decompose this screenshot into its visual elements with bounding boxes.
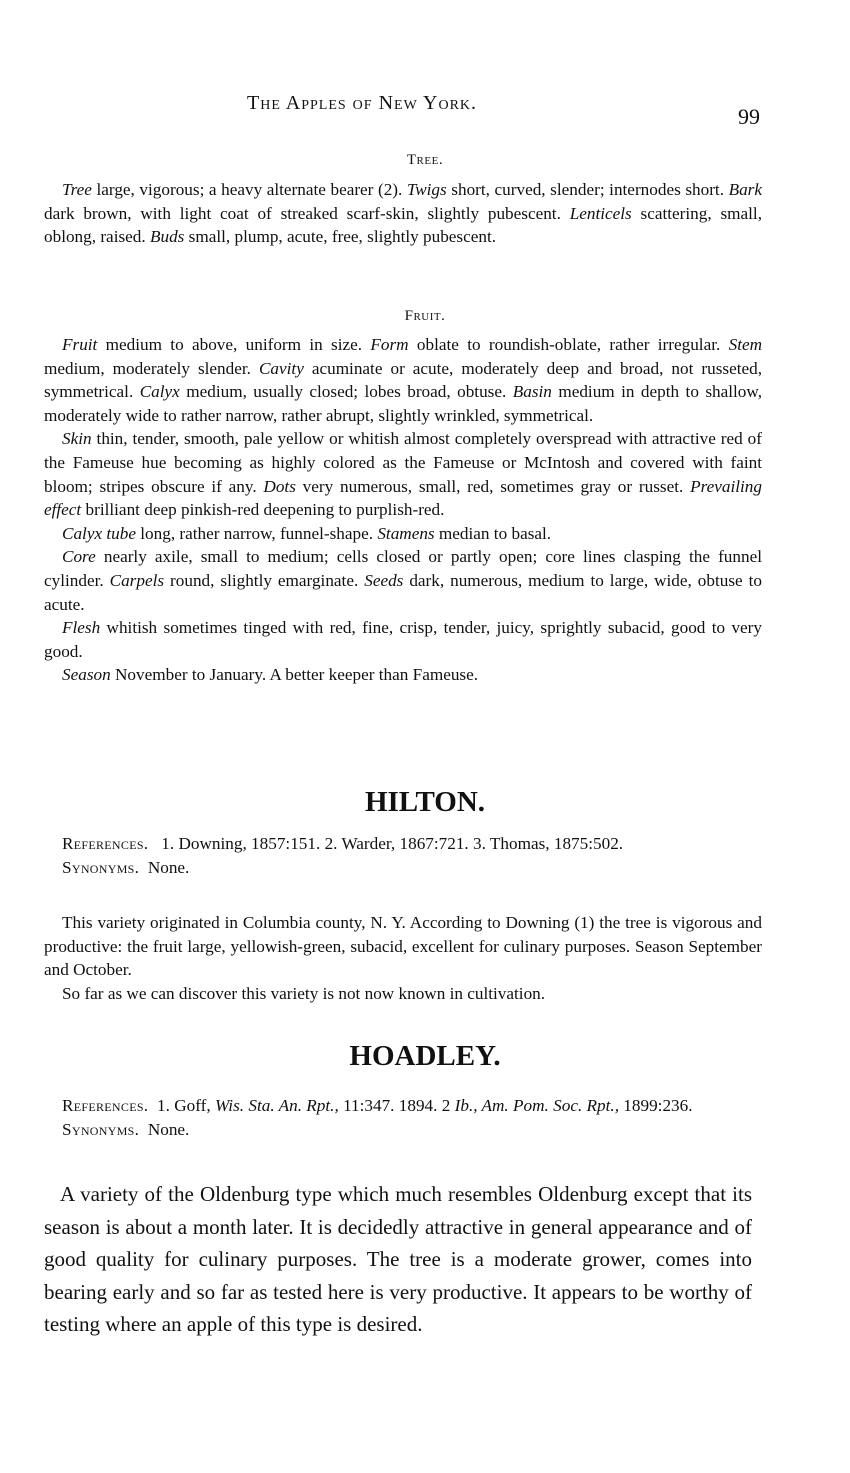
descriptor-term: Stem [729, 335, 762, 354]
hoadley-references: References. 1. Goff, Wis. Sta. An. Rpt.,… [44, 1094, 762, 1141]
variety-title-hoadley: HOADLEY. [0, 1040, 850, 1073]
descriptor-term: Calyx tube [62, 524, 136, 543]
descriptor-term: Fruit [62, 335, 97, 354]
descriptor-term: Tree [62, 180, 92, 199]
descriptor-term: Buds [150, 227, 184, 246]
running-head-text: The Apples of New York. [247, 92, 477, 115]
descriptor-term: Lenticels [570, 204, 632, 223]
references-line: References. 1. Goff, Wis. Sta. An. Rpt.,… [44, 1094, 762, 1118]
descriptor-term: Stamens [377, 524, 434, 543]
variety-title-hilton: HILTON. [0, 786, 850, 819]
fruit-paragraph: Skin thin, tender, smooth, pale yellow o… [44, 427, 762, 521]
synonyms-text: None. [148, 1120, 190, 1139]
references-label: References. [62, 1096, 148, 1115]
descriptor-term: Bark [729, 180, 762, 199]
descriptor-term: Calyx [140, 382, 180, 401]
hilton-paragraph: So far as we can discover this variety i… [44, 982, 762, 1006]
synonyms-label: Synonyms. [62, 1120, 139, 1139]
publication-title: Wis. Sta. An. Rpt., [215, 1096, 339, 1115]
tree-description: Tree large, vigorous; a heavy alternate … [44, 178, 762, 249]
descriptor-term: Cavity [259, 359, 304, 378]
descriptor-term: Carpels [110, 571, 164, 590]
section-heading-fruit: Fruit. [0, 308, 850, 325]
publication-title: Ib., Am. Pom. Soc. Rpt., [455, 1096, 619, 1115]
descriptor-term: Skin [62, 429, 92, 448]
fruit-paragraph: Flesh whitish sometimes tinged with red,… [44, 616, 762, 663]
descriptor-term: Season [62, 665, 111, 684]
synonyms-line: Synonyms. None. [44, 856, 762, 880]
synonyms-label: Synonyms. [62, 858, 139, 877]
hoadley-body: A variety of the Oldenburg type which mu… [44, 1178, 752, 1341]
descriptor-term: Prevailing effect [44, 477, 762, 520]
references-text: 1. Downing, 1857:151. 2. Warder, 1867:72… [161, 834, 623, 853]
fruit-paragraph: Fruit medium to above, uniform in size. … [44, 333, 762, 427]
synonyms-text: None. [148, 858, 190, 877]
hoadley-paragraph: A variety of the Oldenburg type which mu… [44, 1178, 752, 1341]
hilton-paragraph: This variety originated in Columbia coun… [44, 911, 762, 982]
fruit-paragraph: Core nearly axile, small to medium; cell… [44, 545, 762, 616]
hilton-references: References. 1. Downing, 1857:151. 2. War… [44, 832, 762, 879]
descriptor-term: Flesh [62, 618, 100, 637]
descriptor-term: Core [62, 547, 96, 566]
references-label: References. [62, 834, 148, 853]
fruit-paragraph: Season November to January. A better kee… [44, 663, 762, 687]
hilton-body: This variety originated in Columbia coun… [44, 911, 762, 1005]
descriptor-term: Dots [263, 477, 295, 496]
section-heading-tree: Tree. [0, 152, 850, 169]
descriptor-term: Form [370, 335, 408, 354]
descriptor-term: Twigs [407, 180, 447, 199]
descriptor-term: Basin [513, 382, 552, 401]
synonyms-line: Synonyms. None. [44, 1118, 762, 1142]
page-number: 99 [738, 104, 760, 130]
references-line: References. 1. Downing, 1857:151. 2. War… [44, 832, 762, 856]
references-text: 1. Goff, Wis. Sta. An. Rpt., 11:347. 189… [157, 1096, 693, 1115]
descriptor-term: Seeds [364, 571, 403, 590]
fruit-paragraph: Calyx tube long, rather narrow, funnel-s… [44, 522, 762, 546]
fruit-description: Fruit medium to above, uniform in size. … [44, 333, 762, 687]
tree-paragraph: Tree large, vigorous; a heavy alternate … [44, 178, 762, 249]
